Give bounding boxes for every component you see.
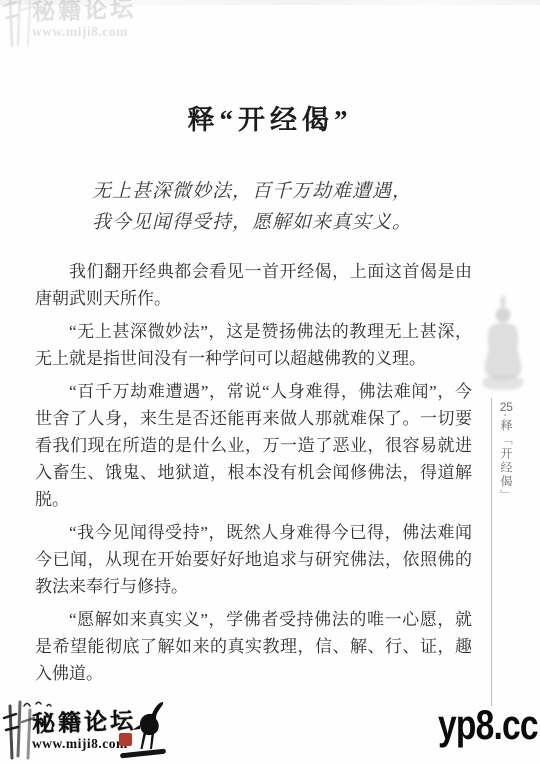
page-number: 25	[499, 401, 513, 413]
body-text: 我们翻开经典都会看见一首开经偈，上面这首偈是由唐朝武则天所作。 “无上甚深微妙法…	[35, 258, 472, 693]
red-seal-stamp-icon	[119, 733, 132, 746]
marker-chapter-title: 释「开经偈」	[499, 419, 513, 503]
forum-url-text: www.miji8.com	[32, 24, 128, 40]
yp8-watermark: yp8.cc	[438, 701, 538, 749]
paragraph: “百千万劫难遭遇”，常说“人身难得，佛法难闻”，今世舍了人身，来生是否还能再来做…	[35, 378, 472, 513]
page-marker: 25·释「开经偈」	[498, 401, 515, 503]
paragraph: “愿解如来真实义”，学佛者受持佛法的唯一心愿，就是希望能彻底了解如来的真实教理，…	[35, 606, 472, 687]
paragraph: 我们翻开经典都会看见一首开经偈，上面这首偈是由唐朝武则天所作。	[35, 258, 472, 312]
margin-rule	[491, 398, 492, 706]
buddha-figure-watermark-icon	[477, 292, 529, 396]
forum-brand-calligraphy: 秘籍论坛	[31, 0, 136, 27]
paragraph: “我今见闻得受持”，既然人身难得今已得，佛法难闻今已闻，从现在开始要好好地追求与…	[35, 519, 472, 600]
page-title: 释“开经偈”	[0, 98, 540, 137]
watermark-logo: 秘籍论坛 www.miji8.com	[2, 700, 174, 764]
forum-url-text: www.miji8.com	[32, 736, 128, 752]
watermark-logo-faint: 秘籍论坛 www.miji8.com	[2, 0, 174, 52]
opening-verse: 无上甚深微妙法，百千万劫难遭遇， 我今见闻得受持，愿解如来真实义。	[92, 176, 412, 238]
verse-line: 无上甚深微妙法，百千万劫难遭遇，	[92, 176, 412, 207]
crane-ink-icon	[130, 700, 168, 752]
verse-line: 我今见闻得受持，愿解如来真实义。	[92, 207, 412, 238]
paragraph: “无上甚深微妙法”，这是赞扬佛法的教理无上甚深，无上就是指世间没有一种学问可以超…	[35, 318, 472, 372]
book-page: 秘籍论坛 www.miji8.com 释“开经偈” 无上甚深微妙法，百千万劫难遭…	[0, 0, 540, 764]
